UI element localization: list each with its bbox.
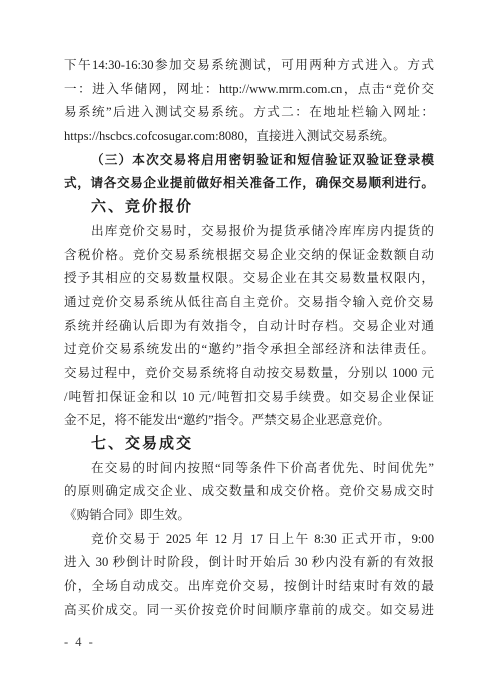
text-line: 价，全场自动成交。出库竞价交易，按倒计时结束时有效的最 xyxy=(64,575,434,599)
text-line: 一：进入华储网，网址：http://www.mrm.com.cn，点击“竞价交 xyxy=(64,78,434,102)
text-line: 交易过程中，竞价交易系统将自动按交易数量，分别以 1000 元 xyxy=(64,362,434,386)
text-line: 的原则确定成交企业、成交数量和成交价格。竞价交易成交时 xyxy=(64,480,434,504)
section-heading: 七、交易成交 xyxy=(64,433,434,457)
text-line: 式，请各交易企业提前做好相关准备工作，确保交易顺利进行。 xyxy=(64,172,434,196)
text-line: 金不足，将不能发出“邀约”指令。严禁交易企业恶意竞价。 xyxy=(64,409,434,433)
text-line: 出库竞价交易时，交易报价为提货承储冷库库房内提货的 xyxy=(64,220,434,244)
text-line: 过竞价交易系统发出的“邀约”指令承担全部经济和法律责任。 xyxy=(64,338,434,362)
text-line: （三）本次交易将启用密钥验证和短信验证双验证登录模 xyxy=(64,149,434,173)
text-line: /吨暂扣保证金和以 10 元/吨暂扣交易手续费。如交易企业保证 xyxy=(64,386,434,410)
text-line: 竞价交易于 2025 年 12 月 17 日上午 8:30 正式开市，9:00 xyxy=(64,528,434,552)
text-line: 含税价格。竞价交易系统根据交易企业交纳的保证金数额自动 xyxy=(64,244,434,268)
text-line: https://hscbcs.cofcosugar.com:8080，直接进入测… xyxy=(64,125,434,149)
section-heading: 六、竞价报价 xyxy=(64,196,434,220)
text-line: 授予其相应的交易数量权限。交易企业在其交易数量权限内， xyxy=(64,267,434,291)
text-line: 《购销合同》即生效。 xyxy=(64,504,434,528)
text-line: 下午14:30-16:30参加交易系统测试，可用两种方式进入。方式 xyxy=(64,54,434,78)
text-line: 高买价成交。同一买价按竞价时间顺序靠前的成交。如交易进 xyxy=(64,599,434,623)
text-line: 易系统”后进入测试交易系统。方式二：在地址栏输入网址： xyxy=(64,101,434,125)
document-page: 下午14:30-16:30参加交易系统测试，可用两种方式进入。方式一：进入华储网… xyxy=(0,0,494,700)
text-line: 在交易的时间内按照“同等条件下价高者优先、时间优先” xyxy=(64,457,434,481)
text-line: 进入 30 秒倒计时阶段，倒计时开始后 30 秒内没有新的有效报 xyxy=(64,551,434,575)
text-line: 通过竞价交易系统从低往高自主竞价。交易指令输入竞价交易 xyxy=(64,291,434,315)
document-body: 下午14:30-16:30参加交易系统测试，可用两种方式进入。方式一：进入华储网… xyxy=(64,54,434,623)
page-number: - 4 - xyxy=(64,635,95,649)
text-line: 系统并经确认后即为有效指令，自动计时存档。交易企业对通 xyxy=(64,315,434,339)
